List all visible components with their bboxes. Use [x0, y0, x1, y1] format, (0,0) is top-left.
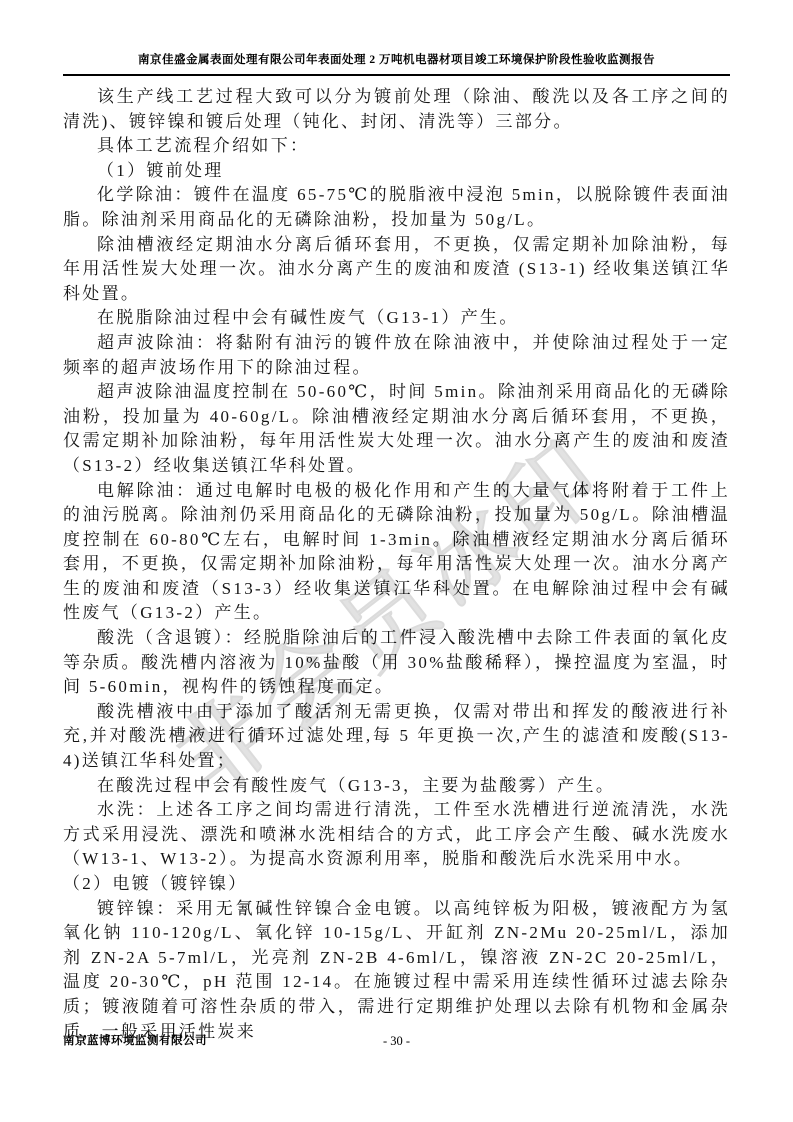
paragraph: 超声波除油：将黏附有油污的镀件放在除油液中，并使除油过程处于一定频率的超声波场作…	[63, 331, 730, 380]
paragraph: 除油槽液经定期油水分离后循环套用，不更换，仅需定期补加除油粉，每年用活性炭大处理…	[63, 233, 730, 307]
paragraph: 在酸洗过程中会有酸性废气（G13-3，主要为盐酸雾）产生。	[63, 774, 730, 799]
paragraph: （1）镀前处理	[63, 159, 730, 184]
paragraph: 该生产线工艺过程大致可以分为镀前处理（除油、酸洗以及各工序之间的清洗)、镀锌镍和…	[63, 85, 730, 134]
page-header: 南京佳盛金属表面处理有限公司年表面处理 2 万吨机电器材项目竣工环境保护阶段性验…	[63, 52, 730, 76]
paragraph: 超声波除油温度控制在 50-60℃，时间 5min。除油剂采用商品化的无磷除油粉…	[63, 380, 730, 478]
document-body: 该生产线工艺过程大致可以分为镀前处理（除油、酸洗以及各工序之间的清洗)、镀锌镍和…	[63, 85, 730, 1044]
report-header-title: 南京佳盛金属表面处理有限公司年表面处理 2 万吨机电器材项目竣工环境保护阶段性验…	[63, 52, 730, 68]
paragraph: 电解除油：通过电解时电极的极化作用和产生的大量气体将附着于工件上的油污脱离。除油…	[63, 479, 730, 627]
document-page: 非会员冰印 南京佳盛金属表面处理有限公司年表面处理 2 万吨机电器材项目竣工环境…	[0, 0, 793, 1122]
paragraph: 酸洗槽液中由于添加了酸活剂无需更换，仅需对带出和挥发的酸液进行补充,并对酸洗槽液…	[63, 700, 730, 774]
paragraph: 在脱脂除油过程中会有碱性废气（G13-1）产生。	[63, 306, 730, 331]
paragraph: 镀锌镍：采用无氰碱性锌镍合金电镀。以高纯锌板为阳极，镀液配方为氢氧化钠 110-…	[63, 897, 730, 1045]
paragraph: （2）电镀（镀锌镍）	[63, 872, 730, 897]
header-rule	[63, 74, 730, 76]
paragraph: 酸洗（含退镀）：经脱脂除油后的工件浸入酸洗槽中去除工件表面的氧化皮等杂质。酸洗槽…	[63, 626, 730, 700]
paragraph: 具体工艺流程介绍如下：	[63, 134, 730, 159]
page-number: - 30 -	[63, 1034, 730, 1049]
paragraph: 水洗：上述各工序之间均需进行清洗，工件至水洗槽进行逆流清洗，水洗方式采用浸洗、漂…	[63, 798, 730, 872]
paragraph: 化学除油：镀件在温度 65-75℃的脱脂液中浸泡 5min，以脱除镀件表面油脂。…	[63, 183, 730, 232]
